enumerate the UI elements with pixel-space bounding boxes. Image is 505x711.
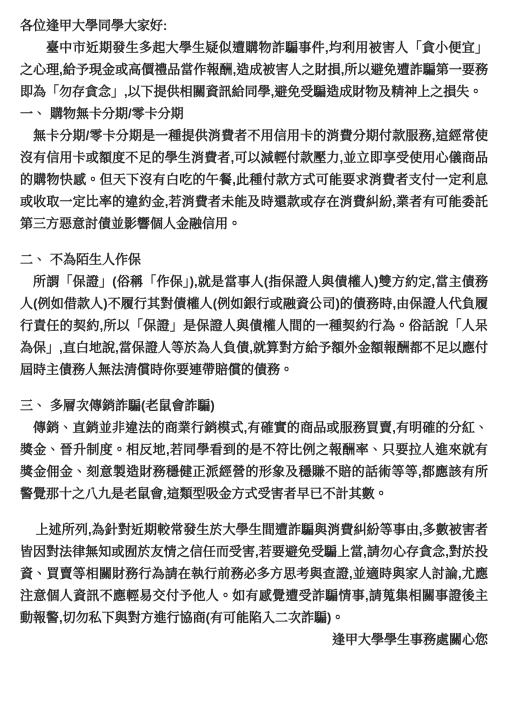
section-title: 購物無卡分期/零卡分期 [50,103,488,125]
closing-paragraph: 上述所列,為針對近期較常發生於大學生間遭詐騙與消費糾紛等事由,多數被害者皆因對法… [20,519,488,629]
section-heading: 一、 購物無卡分期/零卡分期 [20,103,488,125]
section-pyramid-scheme-fraud: 三、 多層次傳銷詐騙(老鼠會詐騙) 傳銷、直銷並非違法的商業行銷模式,有確實的商… [20,395,488,505]
notice-document: 各位逢甲大學同學大家好: 臺中市近期發生多起大學生疑似遭購物詐騙事件,均利用被害… [0,0,505,711]
section-title: 多層次傳銷詐騙(老鼠會詐騙) [50,395,488,417]
greeting-line: 各位逢甲大學同學大家好: [20,15,488,37]
section-number: 一、 [20,103,50,125]
section-title: 不為陌生人作保 [50,249,488,271]
section-body: 所謂「保證」(俗稱「作保」),就是當事人(指保證人與債權人)雙方約定,當主債務人… [20,271,488,381]
section-number: 三、 [20,395,50,417]
signature-line: 逢甲大學學生事務處關心您 [20,629,488,651]
section-heading: 三、 多層次傳銷詐騙(老鼠會詐騙) [20,395,488,417]
section-number: 二、 [20,249,50,271]
intro-paragraph: 臺中市近期發生多起大學生疑似遭購物詐騙事件,均利用被害人「貪小便宜」之心理,給予… [20,37,488,103]
section-no-card-installment: 一、 購物無卡分期/零卡分期 無卡分期/零卡分期是一種提供消費者不用信用卡的消費… [20,103,488,235]
section-no-guarantor-for-strangers: 二、 不為陌生人作保 所謂「保證」(俗稱「作保」),就是當事人(指保證人與債權人… [20,249,488,381]
section-body: 無卡分期/零卡分期是一種提供消費者不用信用卡的消費分期付款服務,這經常使沒有信用… [20,125,488,235]
section-heading: 二、 不為陌生人作保 [20,249,488,271]
section-body: 傳銷、直銷並非違法的商業行銷模式,有確實的商品或服務買賣,有明確的分紅、獎金、晉… [20,417,488,505]
